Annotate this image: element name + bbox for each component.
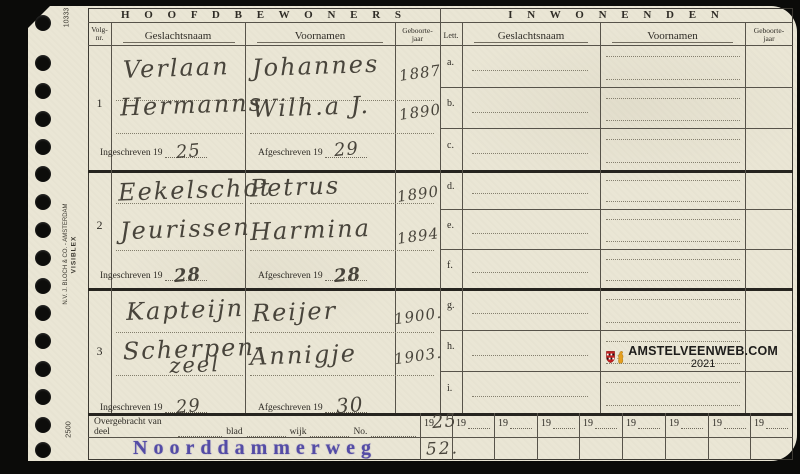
grid-line <box>579 413 580 460</box>
transfer-row: Overgebracht van deel blad wijk No. <box>94 417 416 437</box>
col-header-geslachtsnaam-left: Geslachtsnaam <box>111 30 245 42</box>
year-prefix: 19 <box>583 418 593 429</box>
grid-line <box>537 413 538 460</box>
inwonenden-row-e: e. <box>440 209 793 249</box>
volgnr-3: 3 <box>88 344 111 359</box>
firstnames-handwritten: Johannes <box>252 50 380 82</box>
year-prefix: 19 <box>456 418 466 429</box>
header-underline <box>612 42 733 43</box>
register-card: 10333 VISIBLEX N.V. J. BLOCH & CO. - AMS… <box>28 6 797 461</box>
blad-label: blad <box>226 427 242 437</box>
watermark-site: AMSTELVEENWEB.COM <box>628 344 778 358</box>
grid-line <box>420 413 421 460</box>
surname-handwritten: Hermanns <box>120 89 264 122</box>
write-lines <box>606 259 740 281</box>
write-line <box>116 133 243 134</box>
firstnames-handwritten: Annigje <box>250 339 358 371</box>
year-prefix: 19 <box>541 418 551 429</box>
year-prefix: 19 <box>669 418 679 429</box>
row-letter: g. <box>447 300 455 311</box>
lion-icon <box>616 342 624 372</box>
ingeschreven-text: Ingeschreven 19 <box>100 148 163 158</box>
year-cell: 19 <box>712 418 746 429</box>
row-letter: c. <box>447 140 454 151</box>
year-prefix: 19 <box>712 418 722 429</box>
inwonenden-row-c: c. <box>440 128 793 170</box>
inwonenden-row-a: a. <box>440 45 793 87</box>
col-header-voornamen-right: Voornamen <box>600 30 745 42</box>
firstnames-handwritten: Reijer <box>252 297 338 328</box>
afgeschreven-year-handwritten: 30 <box>335 392 364 418</box>
firstnames-handwritten: Harmina <box>250 214 372 246</box>
write-blank <box>468 419 490 429</box>
ingeschreven-year-handwritten: 25 <box>175 140 202 163</box>
punch-hole <box>35 55 51 71</box>
col-header-geslachtsnaam-right: Geslachtsnaam <box>462 30 600 42</box>
volgnr-1: 1 <box>88 96 111 111</box>
write-blank <box>247 427 286 437</box>
year-cell: 19 <box>456 418 490 429</box>
row-letter: d. <box>447 181 455 192</box>
year-cell: 19 <box>626 418 660 429</box>
inwonenden-row-d: d. <box>440 170 793 209</box>
surname-handwritten: Jeurissen <box>120 213 252 246</box>
write-line <box>250 375 434 376</box>
ingeschreven-text: Ingeschreven 19 <box>100 271 163 281</box>
write-blank <box>310 427 349 437</box>
ingeschreven-year-handwritten: 29 <box>175 395 202 418</box>
afgeschreven-text: Afgeschreven 19 <box>258 271 323 281</box>
write-blank <box>178 427 223 437</box>
grid-line <box>111 22 112 413</box>
afgeschreven-year-handwritten: 28 <box>333 264 362 287</box>
punch-hole <box>35 111 51 127</box>
row-letter: h. <box>447 341 455 352</box>
year-prefix: 19 <box>754 418 764 429</box>
afgeschreven-text: Afgeschreven 19 <box>258 148 323 158</box>
row-letter: e. <box>447 220 454 231</box>
write-lines <box>606 98 740 121</box>
write-lines <box>606 56 740 80</box>
transfer-year-handwritten: 25 <box>431 410 458 433</box>
col-header-volgnr: Volg- nr. <box>88 26 111 42</box>
house-number-handwritten: 52. <box>426 438 460 459</box>
afgeschreven-year-handwritten: 29 <box>333 138 360 161</box>
year-cell: 19 <box>541 418 575 429</box>
punch-hole <box>35 305 51 321</box>
header-underline <box>474 42 588 43</box>
col-header-geboortejaar-line2: jaar <box>763 34 774 43</box>
grid-line <box>708 413 709 460</box>
punch-hole <box>35 83 51 99</box>
punch-hole <box>35 194 51 210</box>
write-line <box>116 250 243 251</box>
street-stamp: Noorddammerweg <box>92 437 418 459</box>
punch-hole <box>35 417 51 433</box>
punch-hole <box>35 139 51 155</box>
printer-name-vertical: VISIBLEX <box>71 225 78 285</box>
surname-handwritten: Kapteijn <box>126 294 245 326</box>
section-title-hoofdbewoners: H O O F D B E W O N E R S <box>88 9 440 21</box>
punch-hole <box>35 278 51 294</box>
header-underline <box>123 42 235 43</box>
write-lines <box>606 219 740 242</box>
ingeschreven-year-handwritten: 28 <box>173 264 202 287</box>
afgeschreven-text: Afgeschreven 19 <box>258 403 323 413</box>
punch-hole <box>35 15 51 31</box>
year-cell: 19 <box>754 418 788 429</box>
write-blank <box>371 427 416 437</box>
wijk-label: wijk <box>290 427 307 437</box>
row-letter: b. <box>447 98 455 109</box>
transfer-label: Overgebracht van deel <box>94 417 174 437</box>
write-line <box>250 332 434 333</box>
year-cell: 19 <box>498 418 532 429</box>
printer-company-vertical: N.V. J. BLOCH & CO. - AMSTERDAM <box>63 184 69 324</box>
row-letter: i. <box>447 383 452 394</box>
write-lines <box>606 299 740 323</box>
col-header-geboortejaar-line2: jaar <box>412 34 423 43</box>
surname-handwritten: Verlaan <box>123 52 230 84</box>
card-form-number: 2500 <box>64 410 73 450</box>
amstelveenweb-watermark: AMSTELVEENWEB.COM 2021 <box>606 336 778 378</box>
punch-hole <box>35 333 51 349</box>
surname-handwritten: Scherpen- zeel <box>122 333 266 380</box>
write-blank <box>766 419 788 429</box>
no-label: No. <box>353 427 367 437</box>
write-blank <box>595 419 617 429</box>
row-letter: f. <box>447 260 453 271</box>
grid-line <box>665 413 666 460</box>
write-blank <box>553 419 575 429</box>
write-line <box>116 332 243 333</box>
grid-line <box>494 413 495 460</box>
punch-hole <box>35 250 51 266</box>
write-blank <box>510 419 532 429</box>
volgnr-2: 2 <box>88 218 111 233</box>
punch-hole <box>35 361 51 377</box>
year-cell: 19 <box>583 418 617 429</box>
write-lines <box>606 382 740 406</box>
year-prefix: 19 <box>626 418 636 429</box>
amstelveen-shield-icon <box>606 343 615 371</box>
col-header-lett: Lett. <box>440 31 462 40</box>
col-header-volgnr-line2: nr. <box>96 33 104 42</box>
punch-hole <box>35 166 51 182</box>
write-lines <box>606 180 740 202</box>
watermark-year: 2021 <box>628 358 778 370</box>
card-serial-number: 10333 <box>64 1 71 35</box>
watermark-text: AMSTELVEENWEB.COM 2021 <box>628 344 778 370</box>
header-underline <box>257 42 383 43</box>
col-header-geboortejaar-left: Geboorte- jaar <box>395 27 440 43</box>
punch-hole <box>35 442 51 458</box>
row-letter: a. <box>447 57 454 68</box>
firstnames-handwritten: Petrus <box>250 171 341 202</box>
punch-hole <box>35 389 51 405</box>
inwonenden-row-b: b. <box>440 87 793 128</box>
write-lines <box>606 139 740 163</box>
grid-line <box>750 413 751 460</box>
write-blank <box>724 419 746 429</box>
firstnames-handwritten: Wilh.a J. <box>252 91 371 123</box>
inwonenden-row-f: f. <box>440 249 793 288</box>
write-line <box>250 250 434 251</box>
punch-hole <box>35 222 51 238</box>
write-line <box>250 133 434 134</box>
section-title-inwonenden: I N W O N E N D E N <box>440 9 793 21</box>
year-cell: 19 <box>669 418 703 429</box>
col-header-voornamen-left: Voornamen <box>245 30 395 42</box>
inwonenden-row-g: g. <box>440 288 793 330</box>
write-blank <box>681 419 703 429</box>
year-prefix: 19 <box>498 418 508 429</box>
grid-line <box>622 413 623 460</box>
write-blank <box>638 419 660 429</box>
ingeschreven-text: Ingeschreven 19 <box>100 403 163 413</box>
col-header-geboortejaar-right: Geboorte- jaar <box>745 27 793 43</box>
